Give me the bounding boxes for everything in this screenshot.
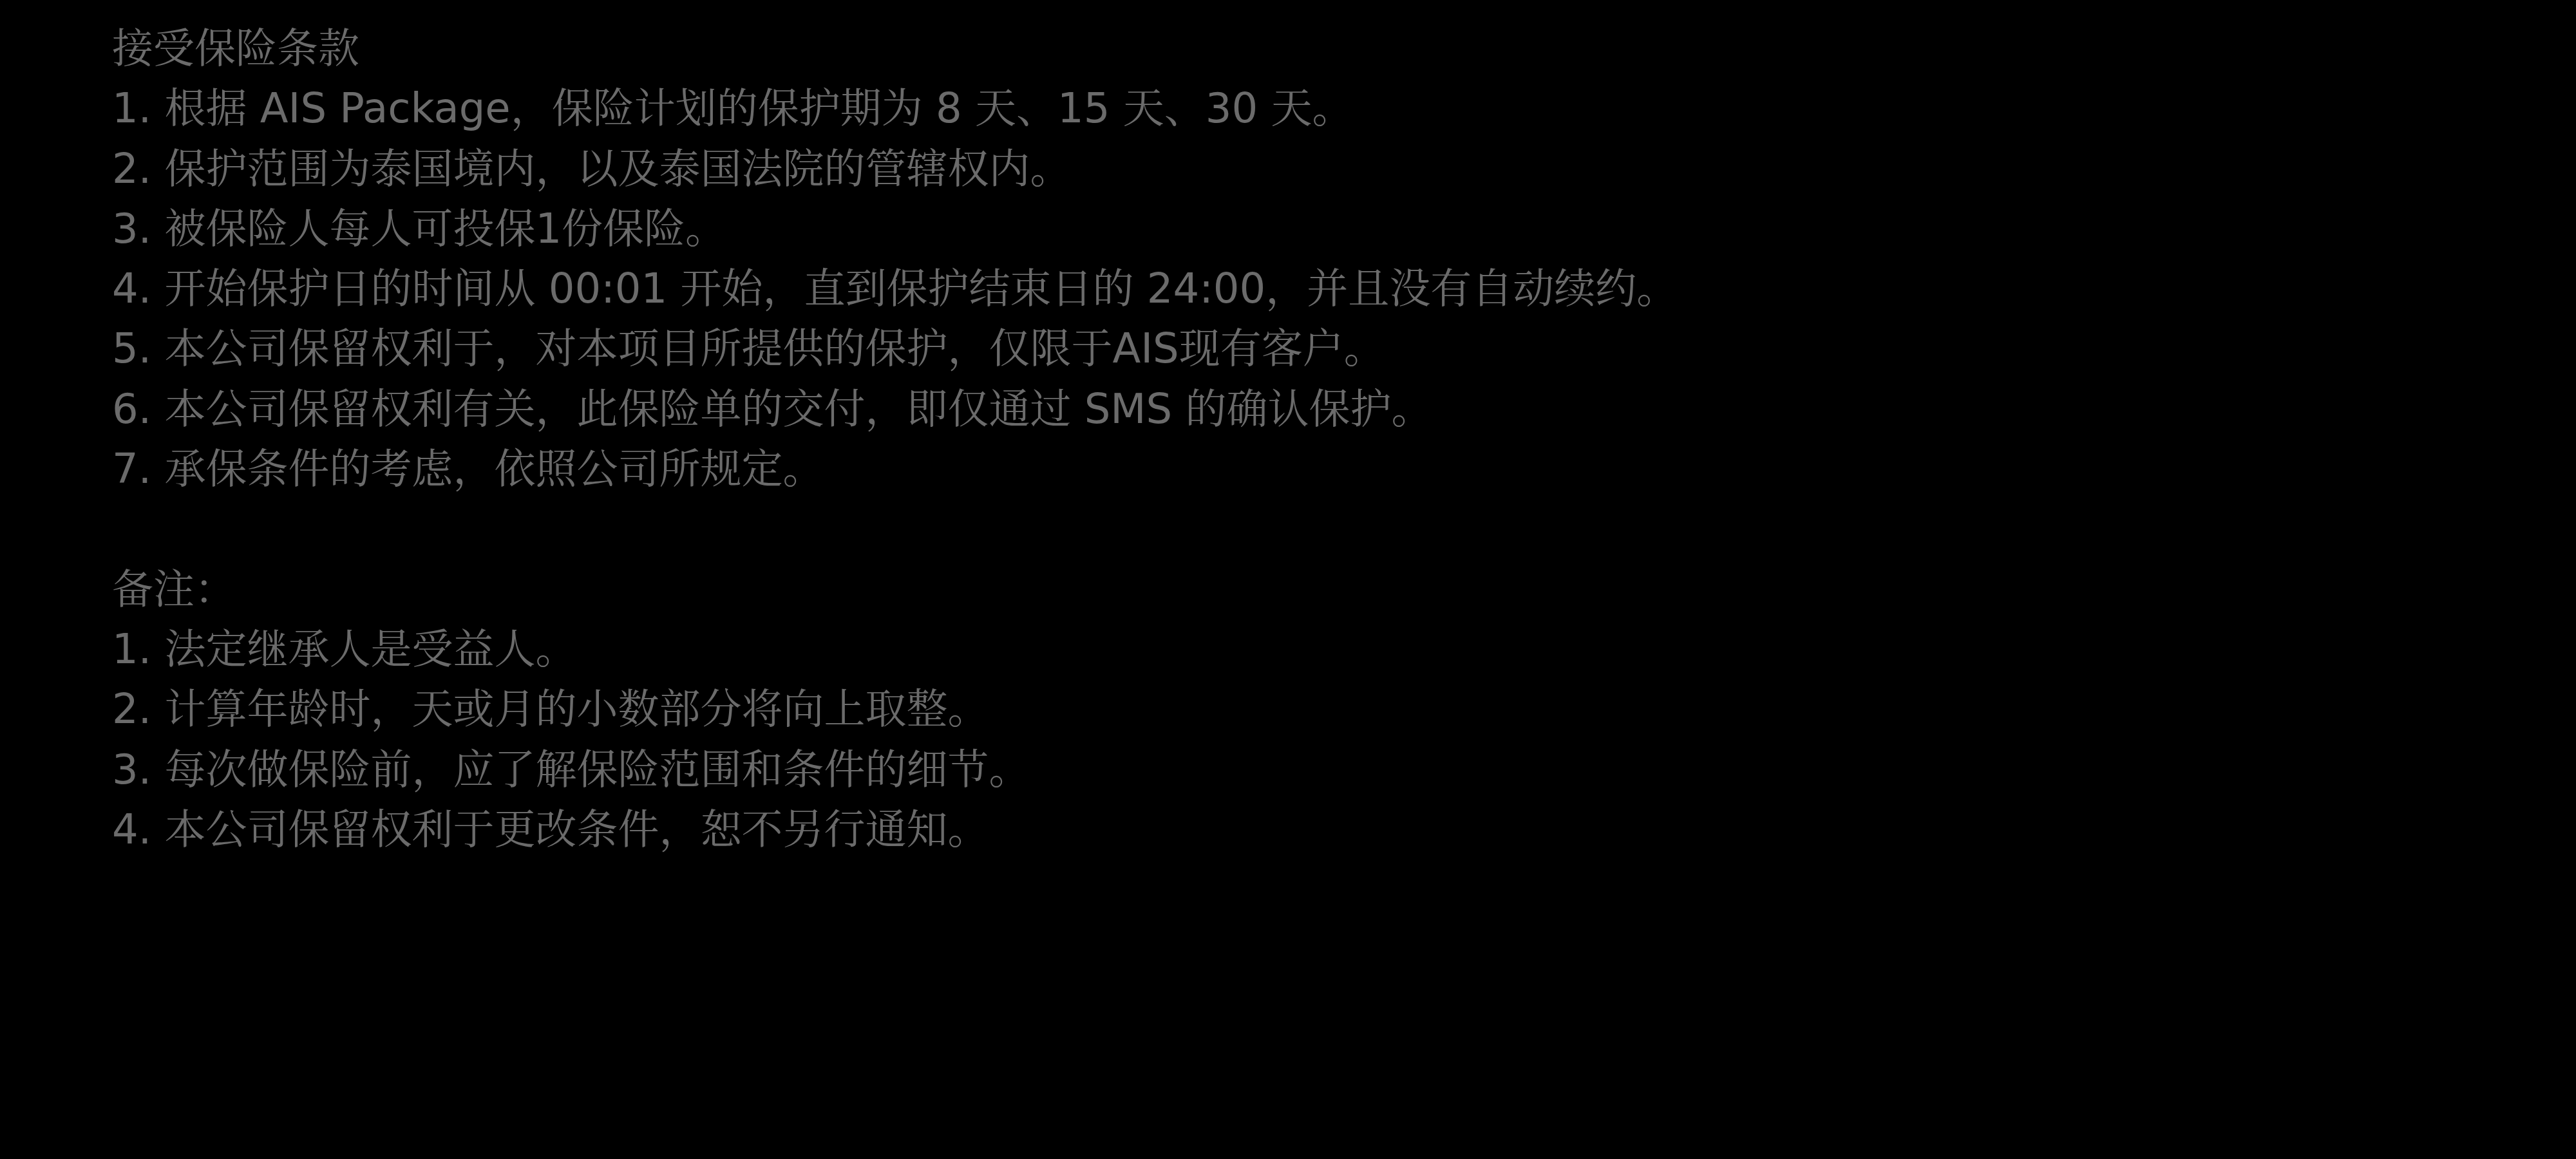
terms-item: 3. 被保险人每人可投保1份保险。	[112, 200, 1678, 259]
terms-title: 接受保险条款	[112, 19, 1678, 79]
section-spacer	[112, 500, 1678, 560]
terms-item: 5. 本公司保留权利于，对本项目所提供的保护，仅限于AIS现有客户。	[112, 319, 1678, 379]
notes-item: 4. 本公司保留权利于更改条件，恕不另行通知。	[112, 800, 1678, 860]
terms-item: 7. 承保条件的考虑，依照公司所规定。	[112, 440, 1678, 500]
terms-item: 1. 根据 AIS Package，保险计划的保护期为 8 天、15 天、30 …	[112, 79, 1678, 139]
terms-item: 4. 开始保护日的时间从 00:01 开始，直到保护结束日的 24:00，并且没…	[112, 259, 1678, 319]
notes-section: 备注： 1. 法定继承人是受益人。 2. 计算年龄时，天或月的小数部分将向上取整…	[112, 560, 1678, 860]
notes-item: 2. 计算年龄时，天或月的小数部分将向上取整。	[112, 680, 1678, 740]
terms-item: 2. 保护范围为泰国境内，以及泰国法院的管辖权内。	[112, 140, 1678, 200]
terms-document: 接受保险条款 1. 根据 AIS Package，保险计划的保护期为 8 天、1…	[112, 19, 1678, 860]
notes-title: 备注：	[112, 560, 1678, 620]
terms-section: 接受保险条款 1. 根据 AIS Package，保险计划的保护期为 8 天、1…	[112, 19, 1678, 500]
notes-item: 3. 每次做保险前，应了解保险范围和条件的细节。	[112, 740, 1678, 800]
notes-item: 1. 法定继承人是受益人。	[112, 620, 1678, 680]
terms-item: 6. 本公司保留权利有关，此保险单的交付，即仅通过 SMS 的确认保护。	[112, 380, 1678, 440]
